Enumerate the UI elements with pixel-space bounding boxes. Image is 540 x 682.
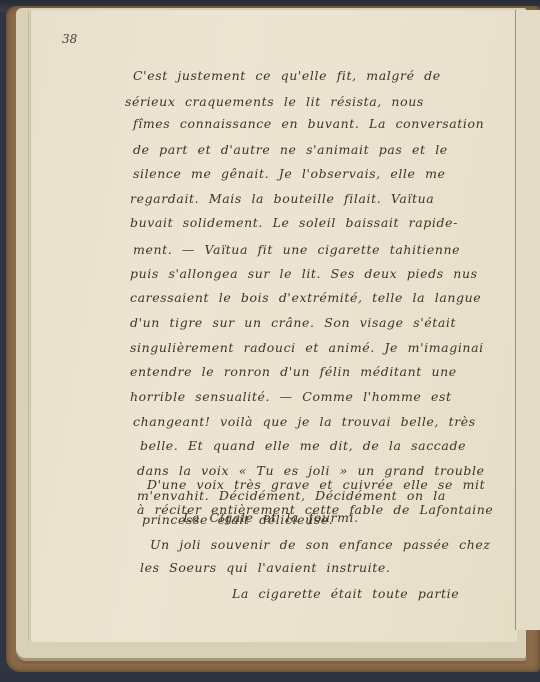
text-line: les Soeurs qui l'avaient instruite. (140, 560, 390, 575)
text-line: de part et d'autre ne s'animait pas et l… (133, 142, 448, 157)
text-line: horrible sensualité. — Comme l'homme est (130, 389, 452, 404)
text-line: C'est justement ce qu'elle fit, malgré d… (133, 68, 441, 83)
handwritten-text: C'est justement ce qu'elle fit, malgré d… (0, 0, 540, 682)
text-line: entendre le ronron d'un félin méditant u… (130, 364, 457, 379)
text-line: silence me gênait. Je l'observais, elle … (133, 166, 446, 181)
text-line: La cigarette était toute partie (232, 586, 459, 601)
text-line: ment. — Vaïtua fit une cigarette tahitie… (133, 242, 460, 257)
text-line: singulièrement radouci et animé. Je m'im… (130, 340, 484, 355)
text-line: dans la voix « Tu es joli » un grand tro… (137, 463, 485, 478)
text-line: puis s'allongea sur le lit. Ses deux pie… (130, 266, 478, 281)
text-line: fîmes connaissance en buvant. La convers… (133, 116, 484, 131)
text-line: belle. Et quand elle me dit, de la sacca… (140, 438, 466, 453)
text-line: Un joli souvenir de son enfance passée c… (150, 537, 491, 552)
text-line: sérieux craquements le lit résista, nous (125, 94, 424, 109)
fable-title: La Cigale et la fourmi. (183, 510, 359, 525)
text-line: D'une voix très grave et cuivrée elle se… (147, 477, 485, 492)
text-line: d'un tigre sur un crâne. Son visage s'ét… (130, 315, 456, 330)
text-line: buvait solidement. Le soleil baissait ra… (130, 215, 458, 230)
text-line: regardait. Mais la bouteille filait. Vaï… (130, 191, 434, 206)
text-line: caressaient le bois d'extrémité, telle l… (130, 290, 481, 305)
text-line: changeant! voilà que je la trouvai belle… (133, 414, 476, 429)
